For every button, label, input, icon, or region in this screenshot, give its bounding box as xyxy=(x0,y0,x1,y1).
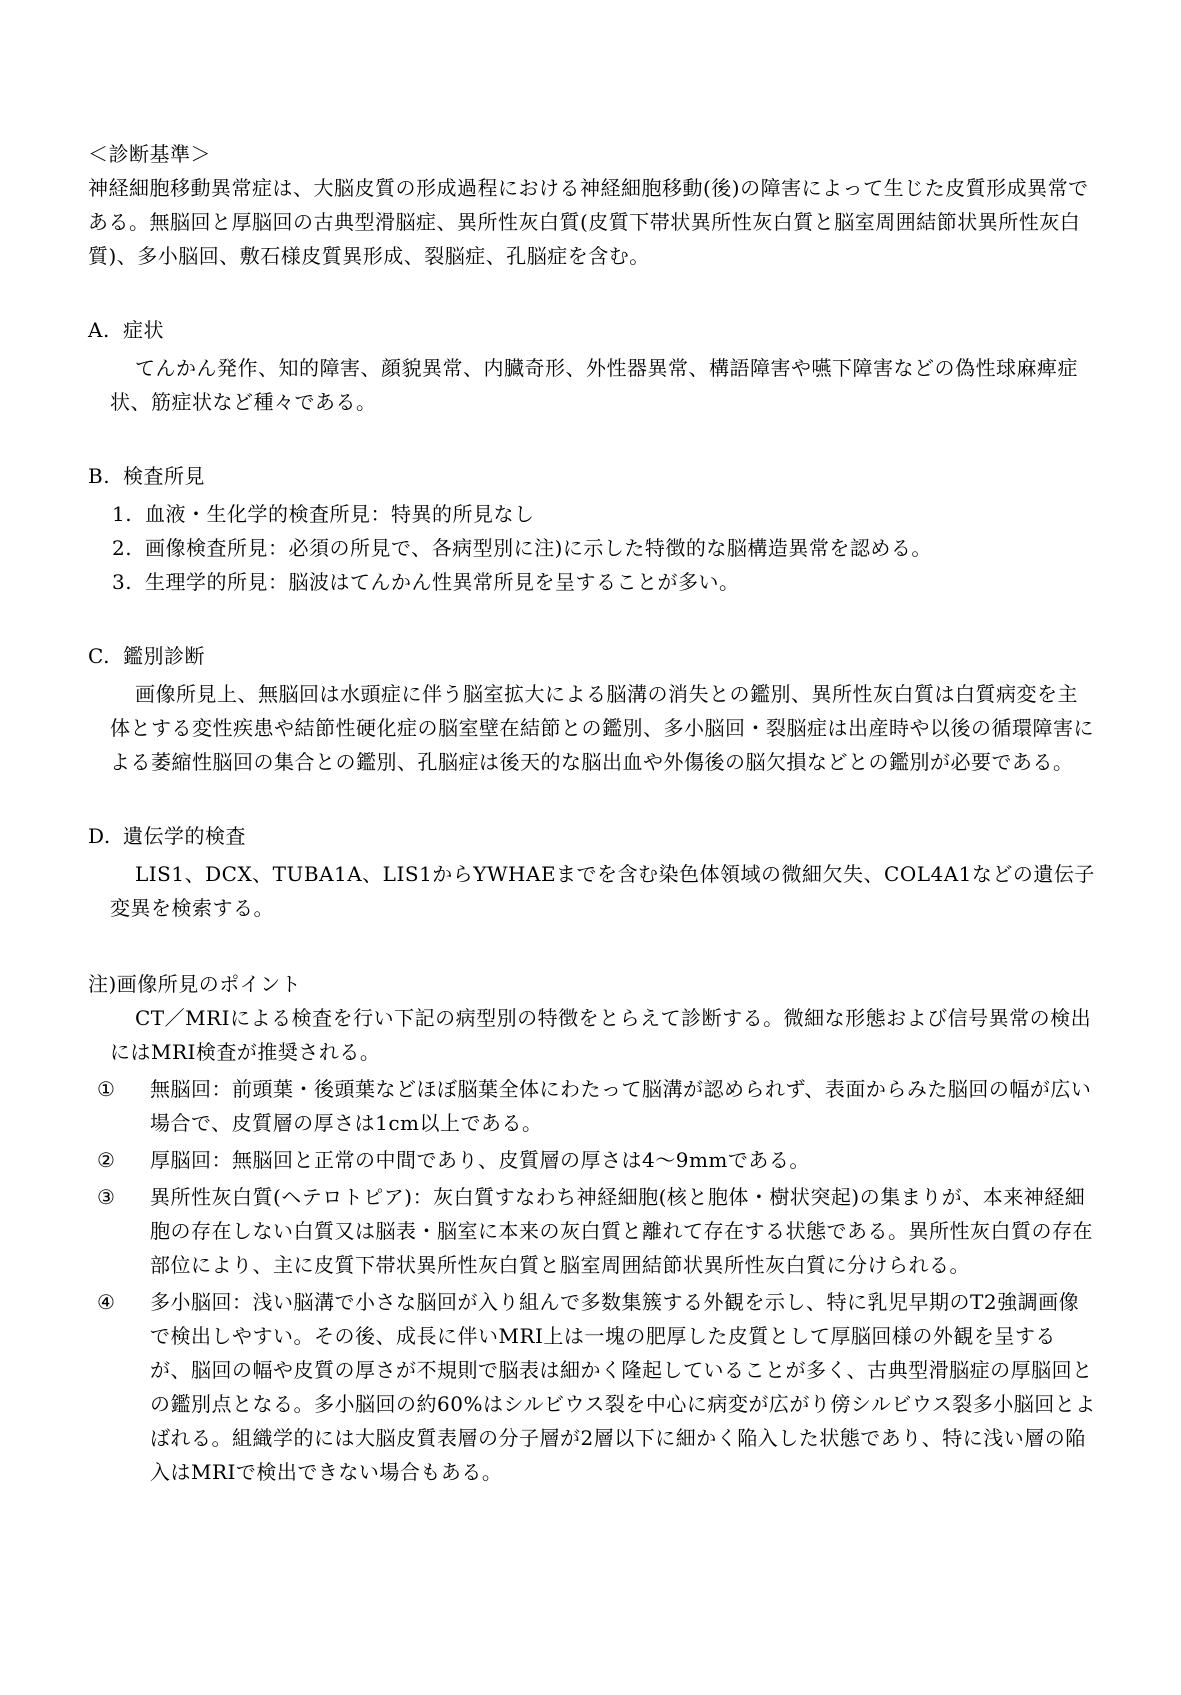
section-a-heading: A. 症状 xyxy=(88,313,1096,347)
note-item-polymicrogyria: ④ 多小脳回：浅い脳溝で小さな脳回が入り組んで多数集簇する外観を示し、特に乳児早… xyxy=(88,1285,1096,1489)
list-item-imaging: 2. 画像検査所見：必須の所見で、各病型別に注)に示した特徴的な脳構造異常を認め… xyxy=(88,531,1096,565)
section-a-body: てんかん発作、知的障害、顔貌異常、内臓奇形、外性器異常、構語障害や嚥下障害などの… xyxy=(88,351,1096,419)
section-b-heading: B. 検査所見 xyxy=(88,459,1096,493)
section-d-body: LIS1、DCX、TUBA1A、LIS1からYWHAEまでを含む染色体領域の微細… xyxy=(88,857,1096,925)
list-item-text: 生理学的所見：脳波はてんかん性異常所見を呈することが多い。 xyxy=(145,565,1096,599)
section-c-heading: C. 鑑別診断 xyxy=(88,639,1096,673)
circled-number-4: ④ xyxy=(97,1285,150,1489)
section-c-body: 画像所見上、無脳回は水頭症に伴う脳室拡大による脳溝の消失との鑑別、異所性灰白質は… xyxy=(88,677,1096,779)
section-d-label: D. xyxy=(88,819,123,853)
list-item-number: 1. xyxy=(112,497,145,531)
note-heading: 注)画像所見のポイント xyxy=(88,967,1096,1001)
section-d-heading: D. 遺伝学的検査 xyxy=(88,819,1096,853)
section-d-genetic-testing: D. 遺伝学的検査 LIS1、DCX、TUBA1A、LIS1からYWHAEまでを… xyxy=(88,819,1096,925)
note-item-pachygyria: ② 厚脳回：無脳回と正常の中間であり、皮質層の厚さは4〜9mmである。 xyxy=(88,1143,1096,1177)
circled-number-3: ③ xyxy=(97,1180,150,1282)
section-a-title: 症状 xyxy=(123,313,1096,347)
document-page: ＜診断基準＞ 神経細胞移動異常症は、大脳皮質の形成過程における神経細胞移動(後)… xyxy=(0,0,1181,1695)
list-item-number: 2. xyxy=(112,531,145,565)
note-intro: CT／MRIによる検査を行い下記の病型別の特徴をとらえて診断する。微細な形態およ… xyxy=(88,1001,1096,1069)
list-item-number: 3. xyxy=(112,565,145,599)
note-item-text: 異所性灰白質(ヘテロトピア)：灰白質すなわち神経細胞(核と胞体・樹状突起)の集ま… xyxy=(150,1180,1096,1282)
section-c-differential-diagnosis: C. 鑑別診断 画像所見上、無脳回は水頭症に伴う脳室拡大による脳溝の消失との鑑別… xyxy=(88,639,1096,779)
note-item-text: 多小脳回：浅い脳溝で小さな脳回が入り組んで多数集簇する外観を示し、特に乳児早期の… xyxy=(150,1285,1096,1489)
note-item-heterotopia: ③ 異所性灰白質(ヘテロトピア)：灰白質すなわち神経細胞(核と胞体・樹状突起)の… xyxy=(88,1180,1096,1282)
circled-number-2: ② xyxy=(97,1143,150,1177)
section-a-label: A. xyxy=(88,313,123,347)
list-item-text: 血液・生化学的検査所見：特異的所見なし xyxy=(145,497,1096,531)
intro-paragraph: 神経細胞移動異常症は、大脳皮質の形成過程における神経細胞移動(後)の障害によって… xyxy=(88,171,1096,273)
section-d-title: 遺伝学的検査 xyxy=(123,819,1096,853)
section-a-symptoms: A. 症状 てんかん発作、知的障害、顔貌異常、内臓奇形、外性器異常、構語障害や嚥… xyxy=(88,313,1096,419)
list-item-physiology: 3. 生理学的所見：脳波はてんかん性異常所見を呈することが多い。 xyxy=(88,565,1096,599)
circled-number-1: ① xyxy=(97,1072,150,1140)
document-title: ＜診断基準＞ xyxy=(88,137,1096,171)
section-c-label: C. xyxy=(88,639,123,673)
list-item-text: 画像検査所見：必須の所見で、各病型別に注)に示した特徴的な脳構造異常を認める。 xyxy=(145,531,1096,565)
section-b-findings: B. 検査所見 1. 血液・生化学的検査所見：特異的所見なし 2. 画像検査所見… xyxy=(88,459,1096,599)
section-b-label: B. xyxy=(88,459,123,493)
note-item-agyria: ① 無脳回：前頭葉・後頭葉などほぼ脳葉全体にわたって脳溝が認められず、表面からみ… xyxy=(88,1072,1096,1140)
note-item-text: 無脳回：前頭葉・後頭葉などほぼ脳葉全体にわたって脳溝が認められず、表面からみた脳… xyxy=(150,1072,1096,1140)
section-c-title: 鑑別診断 xyxy=(123,639,1096,673)
note-item-text: 厚脳回：無脳回と正常の中間であり、皮質層の厚さは4〜9mmである。 xyxy=(150,1143,1096,1177)
section-b-title: 検査所見 xyxy=(123,459,1096,493)
list-item-blood-test: 1. 血液・生化学的検査所見：特異的所見なし xyxy=(88,497,1096,531)
